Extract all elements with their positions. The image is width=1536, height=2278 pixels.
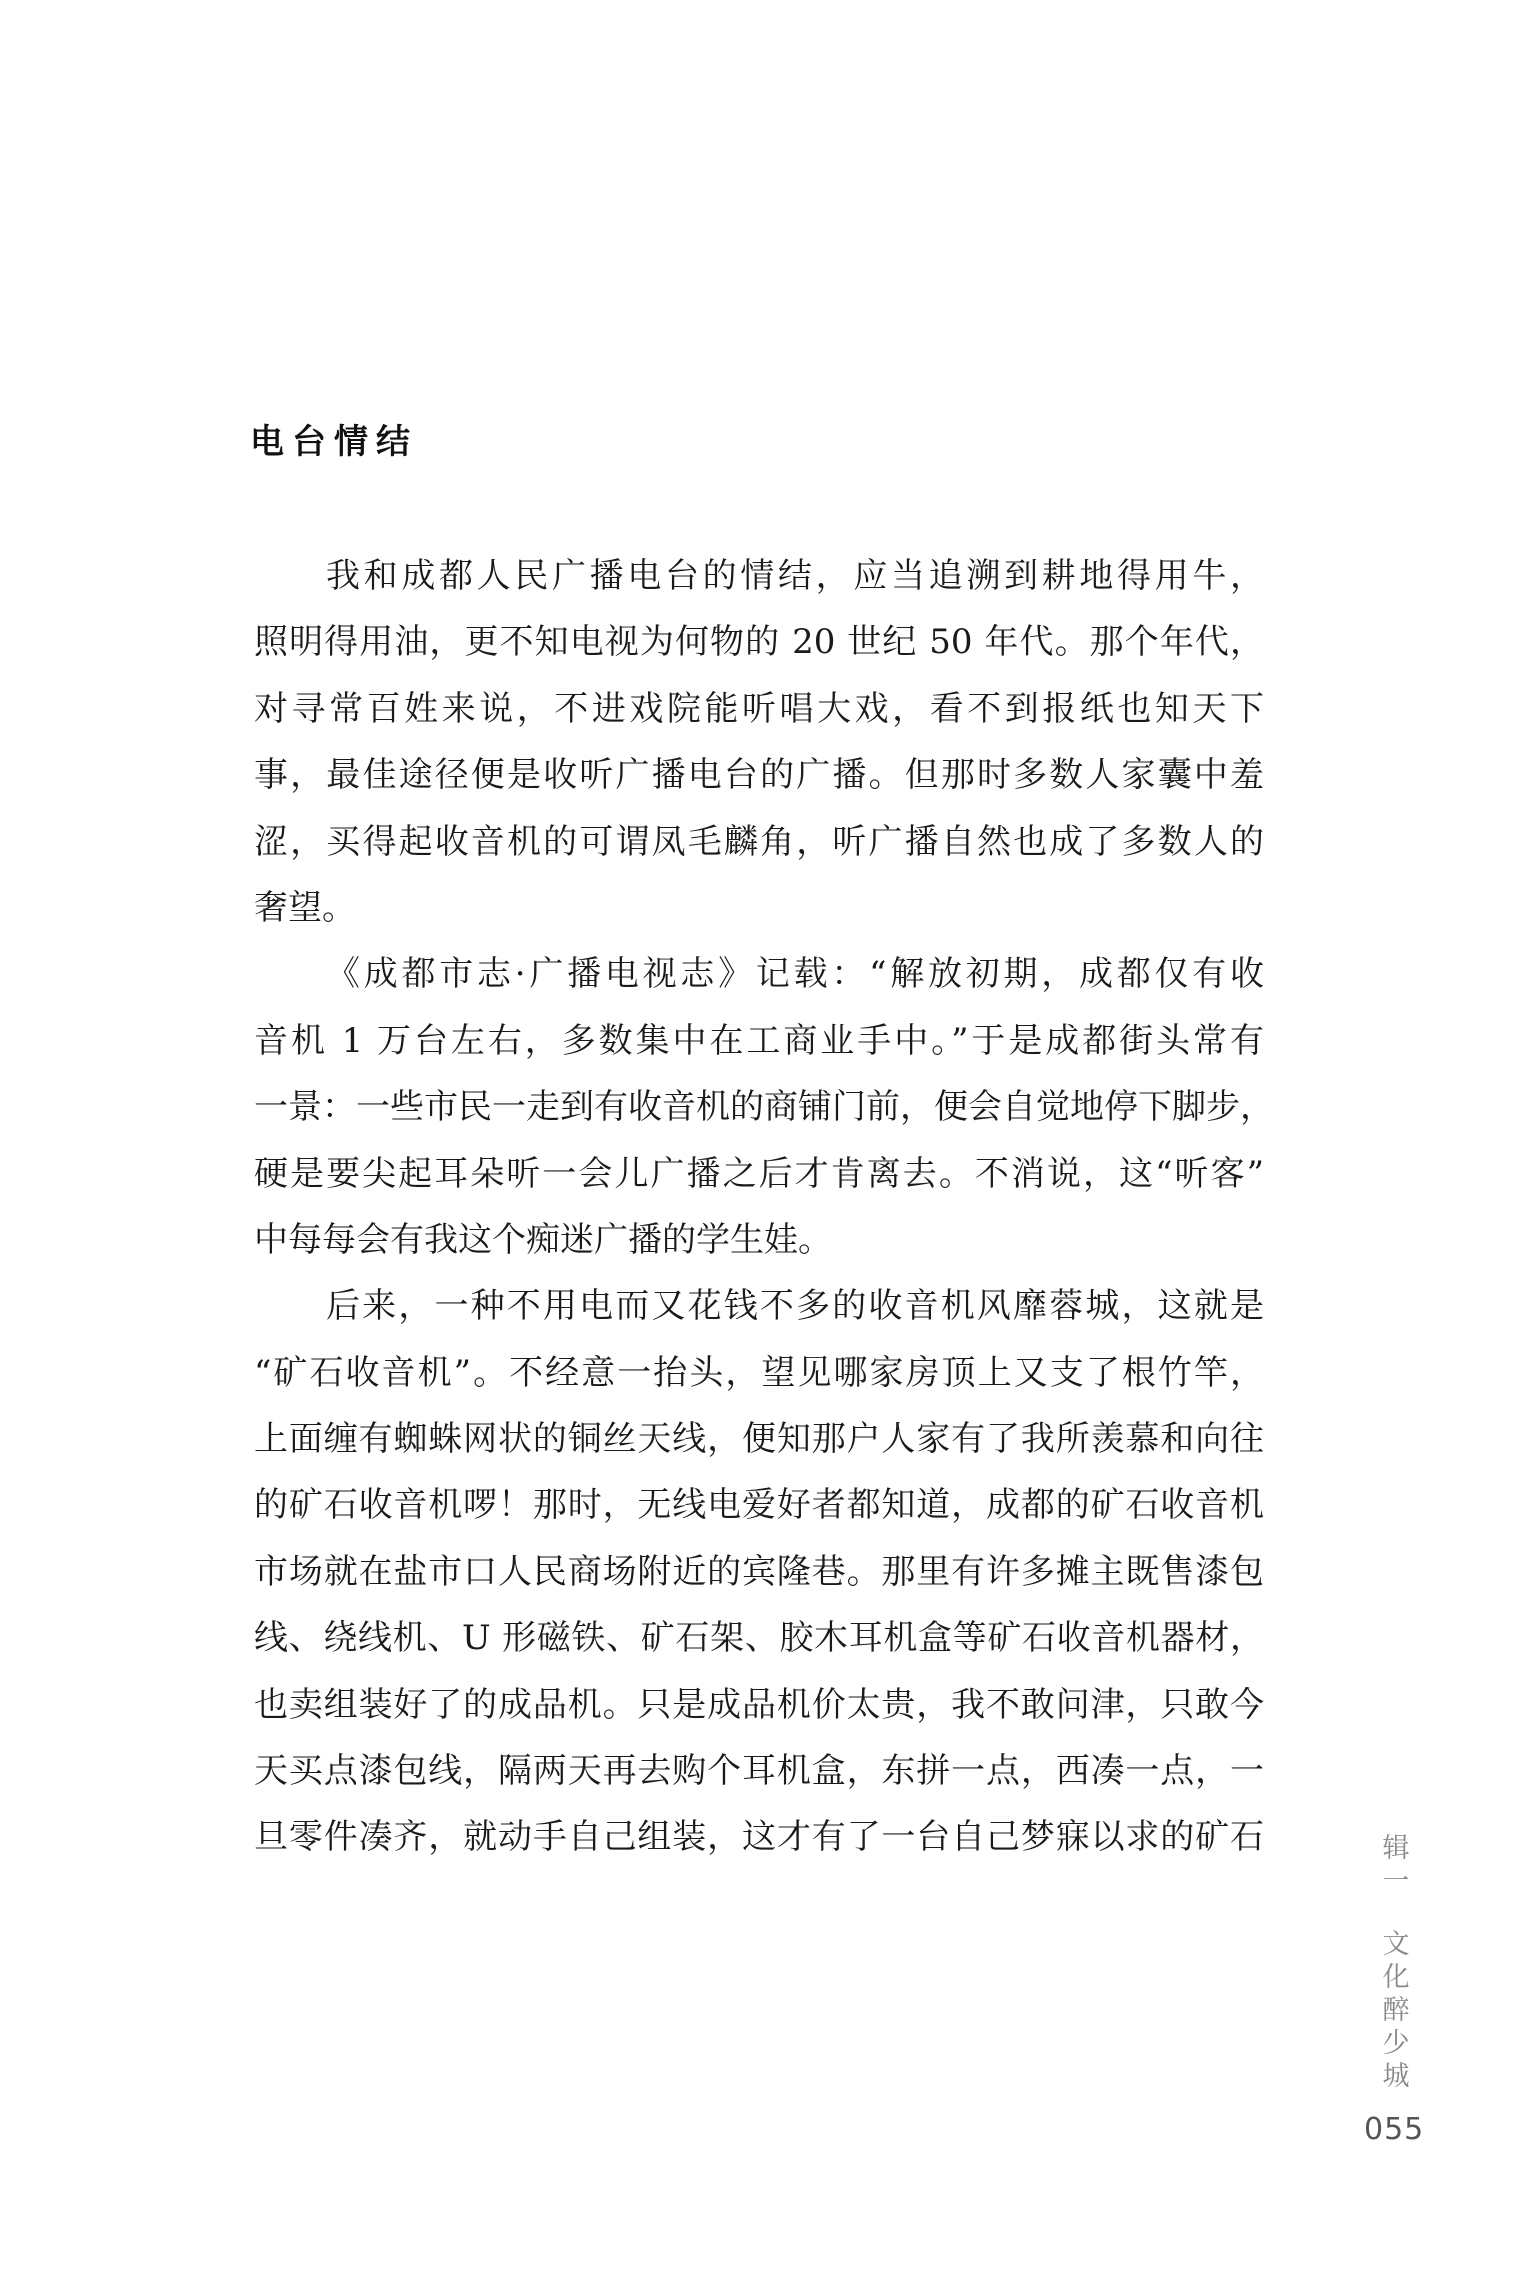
- text-line: 线、绕线机、U 形磁铁、矿石架、胶木耳机盒等矿石收音机器材，: [254, 1605, 1264, 1671]
- text-line: 我和成都人民广播电台的情结，应当追溯到耕地得用牛，: [254, 543, 1264, 609]
- text-line: 事，最佳途径便是收听广播电台的广播。但那时多数人家囊中羞: [254, 742, 1264, 808]
- article-title: 电台情结: [250, 414, 418, 463]
- text-line: 硬是要尖起耳朵听一会儿广播之后才肯离去。不消说，这“听客”: [254, 1141, 1264, 1207]
- section-label-char: 辑: [1376, 1832, 1416, 1865]
- text-line: 天买点漆包线，隔两天再去购个耳机盒，东拼一点，西凑一点，一: [254, 1738, 1264, 1804]
- text-line: 奢望。: [254, 875, 1264, 941]
- chapter-label-char: 文: [1376, 1928, 1416, 1961]
- text-line: 上面缠有蜘蛛网状的铜丝天线，便知那户人家有了我所羡慕和向往: [254, 1406, 1264, 1472]
- text-line: 照明得用油，更不知电视为何物的 20 世纪 50 年代。那个年代，: [254, 609, 1264, 675]
- text-line: 的矿石收音机啰！那时，无线电爱好者都知道，成都的矿石收音机: [254, 1472, 1264, 1538]
- running-header-vertical: 辑 一 文 化 醉 少 城: [1376, 1832, 1416, 2093]
- chapter-label-char: 化: [1376, 1961, 1416, 1994]
- text-line: 中每每会有我这个痴迷广播的学生娃。: [254, 1207, 1264, 1273]
- text-line: 一景：一些市民一走到有收音机的商铺门前，便会自觉地停下脚步，: [254, 1074, 1264, 1140]
- page-number: 055: [1364, 2112, 1424, 2147]
- text-line: 后来，一种不用电而又花钱不多的收音机风靡蓉城，这就是: [254, 1273, 1264, 1339]
- text-line: 涩，买得起收音机的可谓凤毛麟角，听广播自然也成了多数人的: [254, 809, 1264, 875]
- text-line: “矿石收音机”。不经意一抬头，望见哪家房顶上又支了根竹竿，: [254, 1340, 1264, 1406]
- chapter-label-char: 城: [1376, 2060, 1416, 2093]
- article-body: 我和成都人民广播电台的情结，应当追溯到耕地得用牛， 照明得用油，更不知电视为何物…: [254, 543, 1264, 1871]
- text-line: 音机 1 万台左右，多数集中在工商业手中。”于是成都街头常有: [254, 1008, 1264, 1074]
- text-line: 市场就在盐市口人民商场附近的宾隆巷。那里有许多摊主既售漆包: [254, 1539, 1264, 1605]
- text-line: 也卖组装好了的成品机。只是成品机价太贵，我不敢问津，只敢今: [254, 1672, 1264, 1738]
- text-line: 《成都市志·广播电视志》记载：“解放初期，成都仅有收: [254, 941, 1264, 1007]
- section-label-char: 一: [1376, 1865, 1416, 1898]
- text-line: 对寻常百姓来说，不进戏院能听唱大戏，看不到报纸也知天下: [254, 676, 1264, 742]
- text-line: 旦零件凑齐，就动手自己组装，这才有了一台自己梦寐以求的矿石: [254, 1804, 1264, 1870]
- chapter-label-char: 醉: [1376, 1994, 1416, 2027]
- chapter-label-char: 少: [1376, 2027, 1416, 2060]
